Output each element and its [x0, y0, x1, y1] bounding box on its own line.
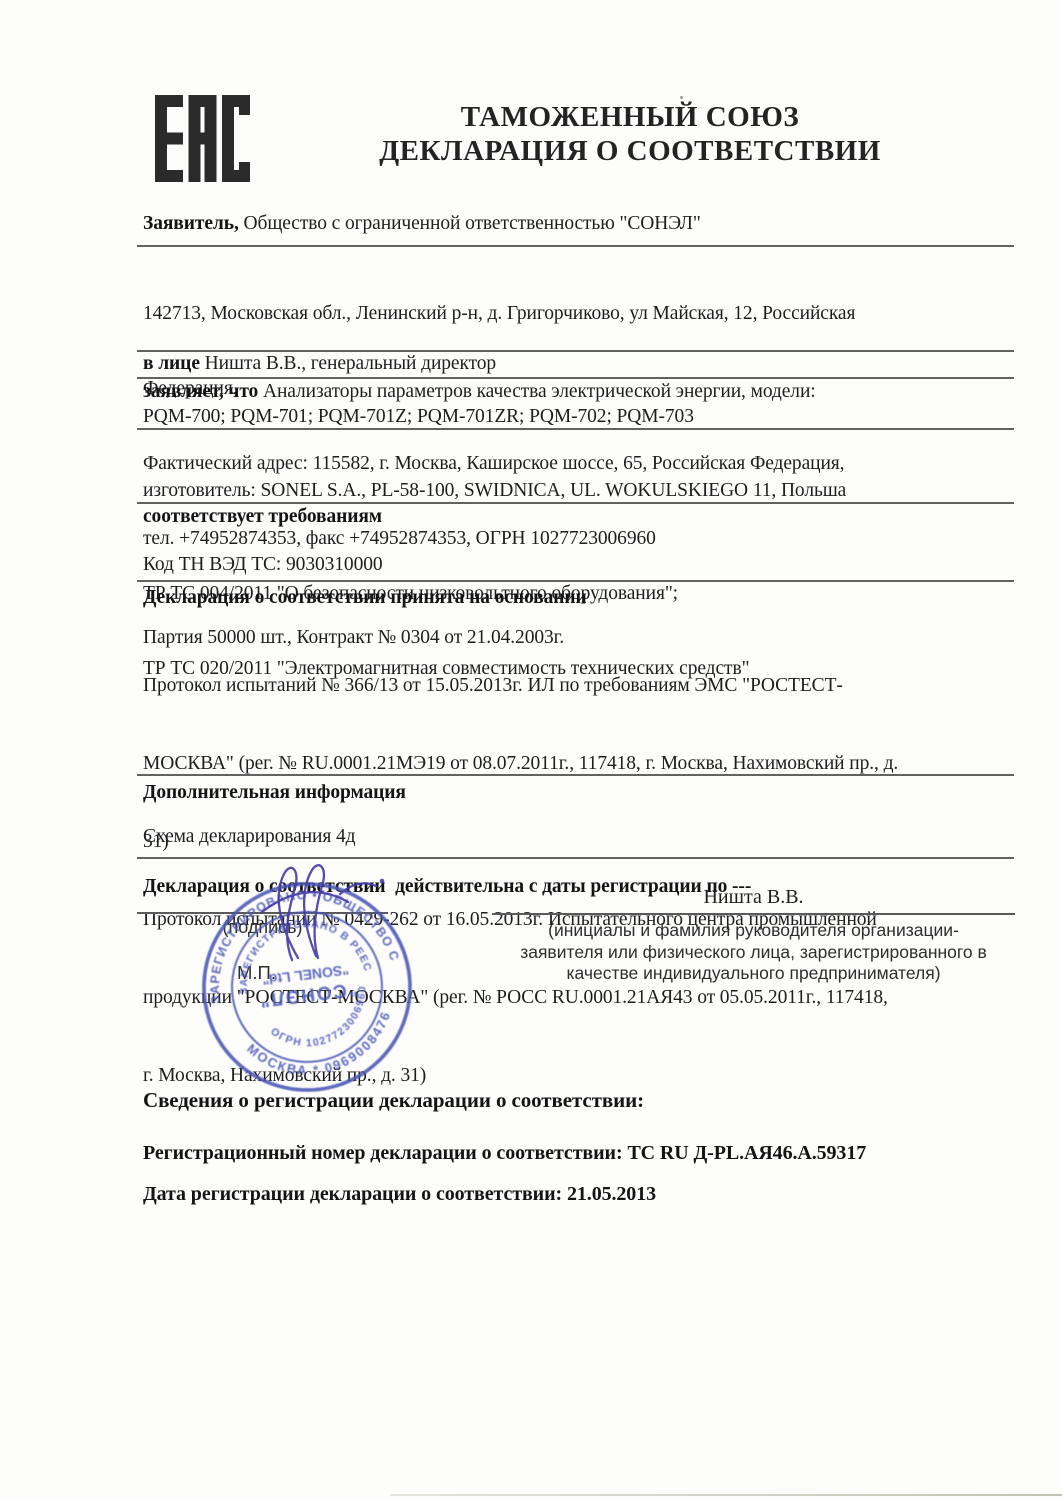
applicant-label: Заявитель, [143, 213, 239, 234]
in-person-label: в лице [143, 353, 200, 374]
page-title: ТАМОЖЕННЫЙ СОЮЗ ДЕКЛАРАЦИЯ О СООТВЕТСТВИ… [335, 100, 925, 168]
eac-logo-icon [155, 95, 250, 182]
divider [137, 774, 1014, 776]
registration-heading: Сведения о регистрации декларации о соот… [143, 1088, 1023, 1113]
divider [137, 580, 1014, 582]
registration-number-row: Регистрационный номер декларации о соотв… [143, 1141, 1023, 1166]
caption-line: заявителя или физического лица, зарегист… [490, 942, 1017, 964]
declares-models: PQM-700; PQM-701; PQM-701Z; PQM-701ZR; P… [143, 404, 1023, 429]
complies-heading: соответствует требованиям [143, 504, 1023, 529]
basis-heading: Декларация о соответствии принята на осн… [143, 585, 1023, 610]
caption-line: качестве индивидуального предпринимателя… [490, 963, 1017, 985]
registration-number-value: ТС RU Д-PL.АЯ46.А.59317 [627, 1142, 866, 1164]
head-name: Ништа В.В. [490, 886, 1017, 909]
in-person-row: в лице Ништа В.В., генеральный директор [143, 351, 1023, 376]
signature-ink [220, 850, 440, 980]
manufacturer-line: изготовитель: SONEL S.A., PL-58-100, SWI… [143, 479, 1023, 504]
declares-label: заявляет, что [143, 381, 258, 402]
head-name-line [492, 913, 1015, 915]
additional-value: Схема декларирования 4д [143, 824, 1023, 849]
declaration-document: ТАМОЖЕННЫЙ СОЮЗ ДЕКЛАРАЦИЯ О СООТВЕТСТВИ… [0, 0, 1062, 1500]
scan-speck [680, 96, 683, 99]
additional-heading: Дополнительная информация [143, 780, 1023, 805]
in-person-value: Ништа В.В., генеральный директор [205, 353, 496, 374]
declares-value: Анализаторы параметров качества электрич… [263, 381, 816, 402]
registration-date-row: Дата регистрации декларации о соответств… [143, 1182, 1023, 1207]
registration-date-value: 21.05.2013 [567, 1183, 656, 1205]
registration-number-label: Регистрационный номер декларации о соотв… [143, 1142, 623, 1164]
title-line-2: ДЕКЛАРАЦИЯ О СООТВЕТСТВИИ [335, 134, 925, 168]
applicant-value: Общество с ограниченной ответственностью… [244, 213, 701, 234]
basis-line: Протокол испытаний № 366/13 от 15.05.201… [143, 673, 1023, 699]
title-line-1: ТАМОЖЕННЫЙ СОЮЗ [335, 100, 925, 134]
divider [137, 245, 1014, 247]
applicant-row: Заявитель, Общество с ограниченной ответ… [143, 211, 1023, 236]
head-name-caption: (инициалы и фамилия руководителя организ… [490, 920, 1017, 985]
scan-artifact [390, 1494, 1062, 1496]
declares-row: заявляет, что Анализаторы параметров кач… [143, 379, 1023, 404]
caption-line: (инициалы и фамилия руководителя организ… [490, 920, 1017, 942]
address-line: 142713, Московская обл., Ленинский р-н, … [143, 301, 1023, 326]
registration-date-label: Дата регистрации декларации о соответств… [143, 1183, 562, 1205]
